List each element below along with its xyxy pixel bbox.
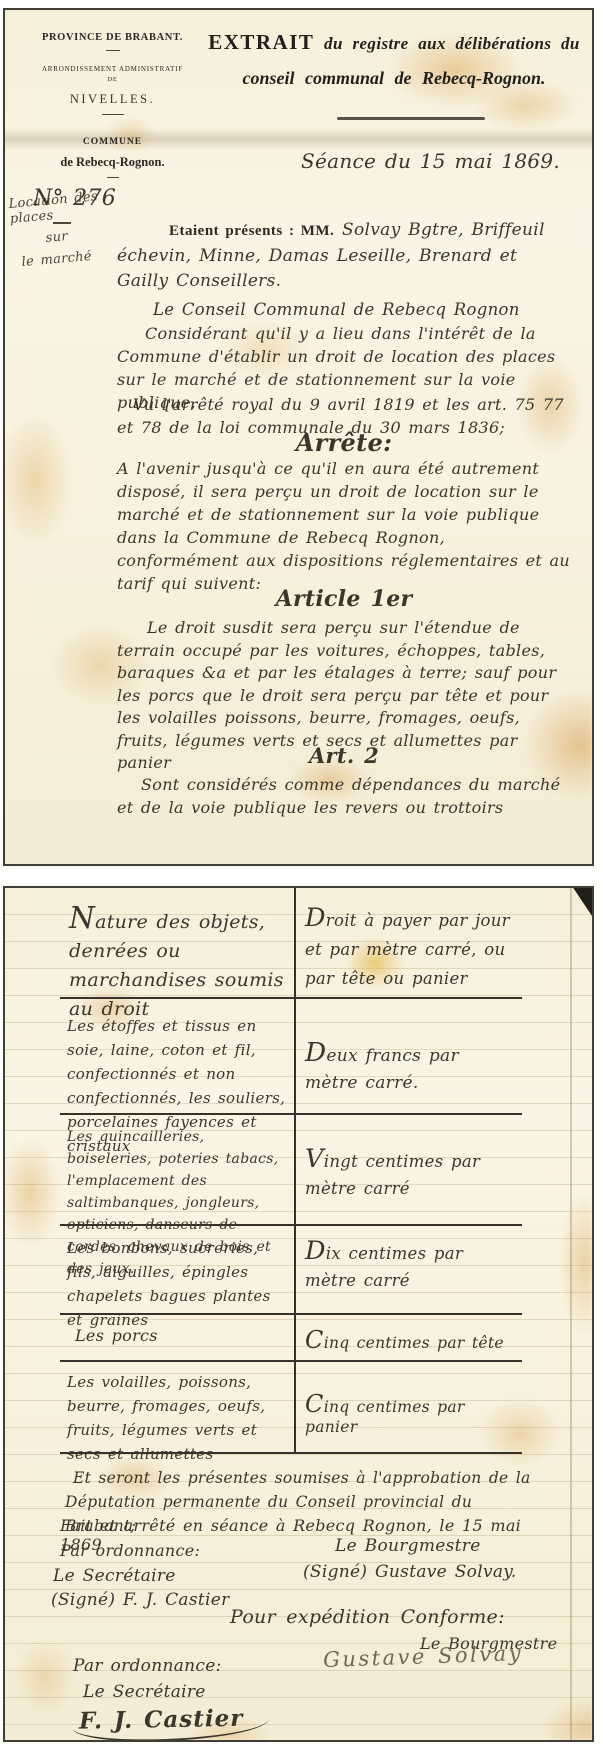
expedition-conforme-line: Pour expédition Conforme: <box>230 1606 505 1628</box>
secretaire-label: Le Secrétaire <box>83 1682 206 1702</box>
article1-heading: Article 1er <box>117 586 571 612</box>
seance-date-line: Séance du 15 mai 1869. <box>301 149 560 173</box>
divider-dash <box>107 177 119 178</box>
secretaire-label: Le Secrétaire <box>53 1566 176 1586</box>
torn-corner <box>570 888 592 916</box>
margin-note-line3: le marché <box>21 246 126 270</box>
table-header-droit: Droit à payer par jour et par mètre carr… <box>305 904 523 993</box>
table-row-droit: Deux francs par mètre carré. <box>305 1040 517 1097</box>
table-row-objet: Les bonbons, sucreries, fils, aiguilles,… <box>67 1236 287 1332</box>
title-line1: EXTRAIT du registre aux délibérations du <box>201 30 587 55</box>
signe-bourgmestre: (Signé) Gustave Solvay. <box>303 1562 517 1582</box>
table-row-droit: Cinq centimes par tête <box>305 1326 517 1354</box>
table-row-droit: Cinq centimes par panier <box>305 1390 517 1436</box>
arrete-paragraph: A l'avenir jusqu'à ce qu'il en aura été … <box>117 457 571 595</box>
signe-secretaire: (Signé) F. J. Castier <box>51 1590 230 1610</box>
page2-sheet: Nature des objets, denrées ou marchandis… <box>3 886 594 1742</box>
attendance-paragraph: Etaient présents : MM. Solvay Bgtre, Bri… <box>117 218 571 294</box>
divider-dash <box>102 114 124 115</box>
title-line1-rest: du registre aux délibérations du <box>314 34 579 53</box>
conseil-line: Le Conseil Communal de Rebecq Rognon <box>153 298 573 321</box>
arrondissement-label: ARRONDISSEMENT ADMINISTRATIF <box>20 65 205 73</box>
title-line2: conseil communal de Rebecq-Rognon. <box>201 68 587 89</box>
arrete-heading: Arrête: <box>117 428 571 457</box>
table-row-objet: Les volailles, poissons, beurre, fromage… <box>67 1370 291 1466</box>
table-row-droit: Dix centimes par mètre carré <box>305 1238 517 1294</box>
commune-name: de Rebecq-Rognon. <box>20 155 205 170</box>
table-header-objects: Nature des objets, denrées ou marchandis… <box>69 904 287 1024</box>
secretaire-signature: F. J. Castier <box>73 1704 270 1742</box>
table-row-objet: Les porcs <box>75 1326 295 1345</box>
city-label: NIVELLES. <box>20 92 205 107</box>
table-line <box>60 1360 522 1362</box>
bourgmestre-label: Le Bourgmestre <box>335 1536 481 1556</box>
attendance-printed-intro: Etaient présents : MM. <box>169 223 334 239</box>
letterhead: PROVINCE DE BRABANT. ARRONDISSEMENT ADMI… <box>20 32 205 178</box>
bourgmestre-signature: Gustave Solvay <box>323 1640 554 1672</box>
margin-note-line1: Location des places <box>8 187 122 227</box>
commune-label: COMMUNE <box>20 137 205 147</box>
margin-note-line2: sur <box>45 224 124 246</box>
page1-sheet: PROVINCE DE BRABANT. ARRONDISSEMENT ADMI… <box>3 8 594 866</box>
title-extrait: EXTRAIT <box>208 30 314 54</box>
margin-note: Location des places sur le marché <box>8 187 126 270</box>
title-rule <box>337 117 485 120</box>
par-ordonnance-label: Par ordonnance: <box>60 1541 200 1560</box>
page-edge-crease <box>570 888 572 1740</box>
table-row-droit: Vingt centimes par mètre carré <box>305 1146 517 1202</box>
divider-dash <box>106 50 120 51</box>
par-ordonnance-label: Par ordonnance: <box>73 1656 222 1676</box>
document-title: EXTRAIT du registre aux délibérations du… <box>201 30 587 89</box>
province-label: PROVINCE DE BRABANT. <box>20 32 205 43</box>
article2-heading: Art. 2 <box>117 743 571 768</box>
arrondissement-de-label: DE <box>20 76 205 83</box>
article2-paragraph: Sont considérés comme dépendances du mar… <box>117 774 571 819</box>
